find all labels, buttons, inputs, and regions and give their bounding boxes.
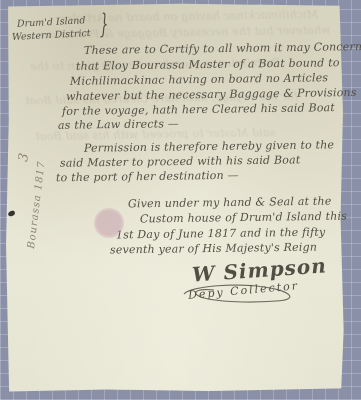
permission-line: to the port of her destination — bbox=[56, 169, 239, 185]
wafer-seal bbox=[94, 208, 124, 238]
signature-flourish bbox=[180, 280, 310, 306]
body-line: as the Law directs — bbox=[58, 117, 179, 132]
docket-brace: } bbox=[100, 10, 108, 42]
photograph-of-document: Michilimackinac having on board no Artic… bbox=[0, 0, 361, 400]
